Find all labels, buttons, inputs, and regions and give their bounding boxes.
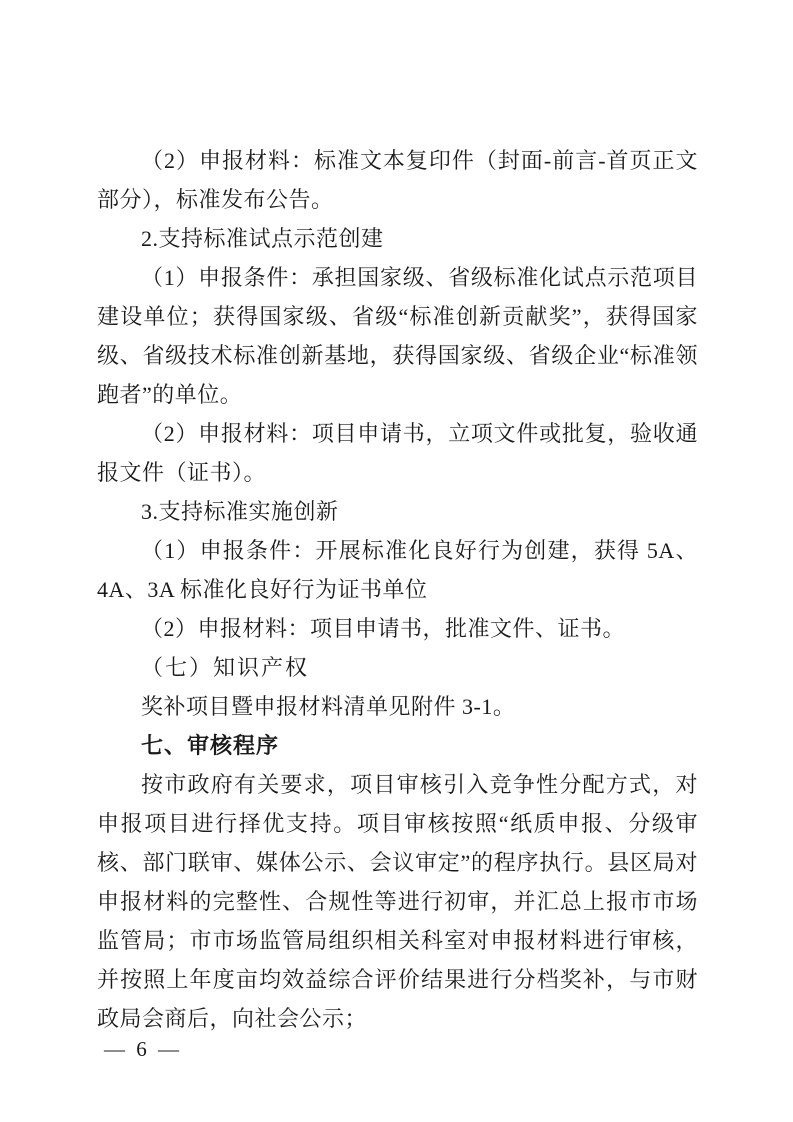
paragraph-numbered-item-3: 3.支持标准实施创新 [97, 492, 698, 531]
paragraph-attachment-reference: 奖补项目暨申报材料清单见附件 3-1。 [97, 687, 698, 726]
paragraph-review-procedure-body: 按市政府有关要求，项目审核引入竞争性分配方式，对申报项目进行择优支持。项目审核按… [97, 765, 698, 1038]
paragraph-application-conditions: （1）申报条件：承担国家级、省级标准化试点示范项目建设单位；获得国家级、省级“标… [97, 258, 698, 414]
section-heading-review-procedure: 七、审核程序 [97, 726, 698, 765]
paragraph-application-conditions: （1）申报条件：开展标准化良好行为创建，获得 5A、4A、3A 标准化良好行为证… [97, 531, 698, 609]
paragraph-application-materials: （2）申报材料：标准文本复印件（封面-前言-首页正文部分），标准发布公告。 [97, 141, 698, 219]
paragraph-application-materials: （2）申报材料：项目申请书，立项文件或批复，验收通报文件（证书）。 [97, 414, 698, 492]
page-number: — 6 — [104, 1036, 182, 1062]
paragraph-application-materials: （2）申报材料：项目申请书，批准文件、证书。 [97, 609, 698, 648]
paragraph-numbered-item-2: 2.支持标准试点示范创建 [97, 219, 698, 258]
subsection-heading-intellectual-property: （七）知识产权 [97, 648, 698, 687]
document-content: （2）申报材料：标准文本复印件（封面-前言-首页正文部分），标准发布公告。 2.… [97, 141, 698, 1038]
document-page: （2）申报材料：标准文本复印件（封面-前言-首页正文部分），标准发布公告。 2.… [0, 0, 793, 1122]
